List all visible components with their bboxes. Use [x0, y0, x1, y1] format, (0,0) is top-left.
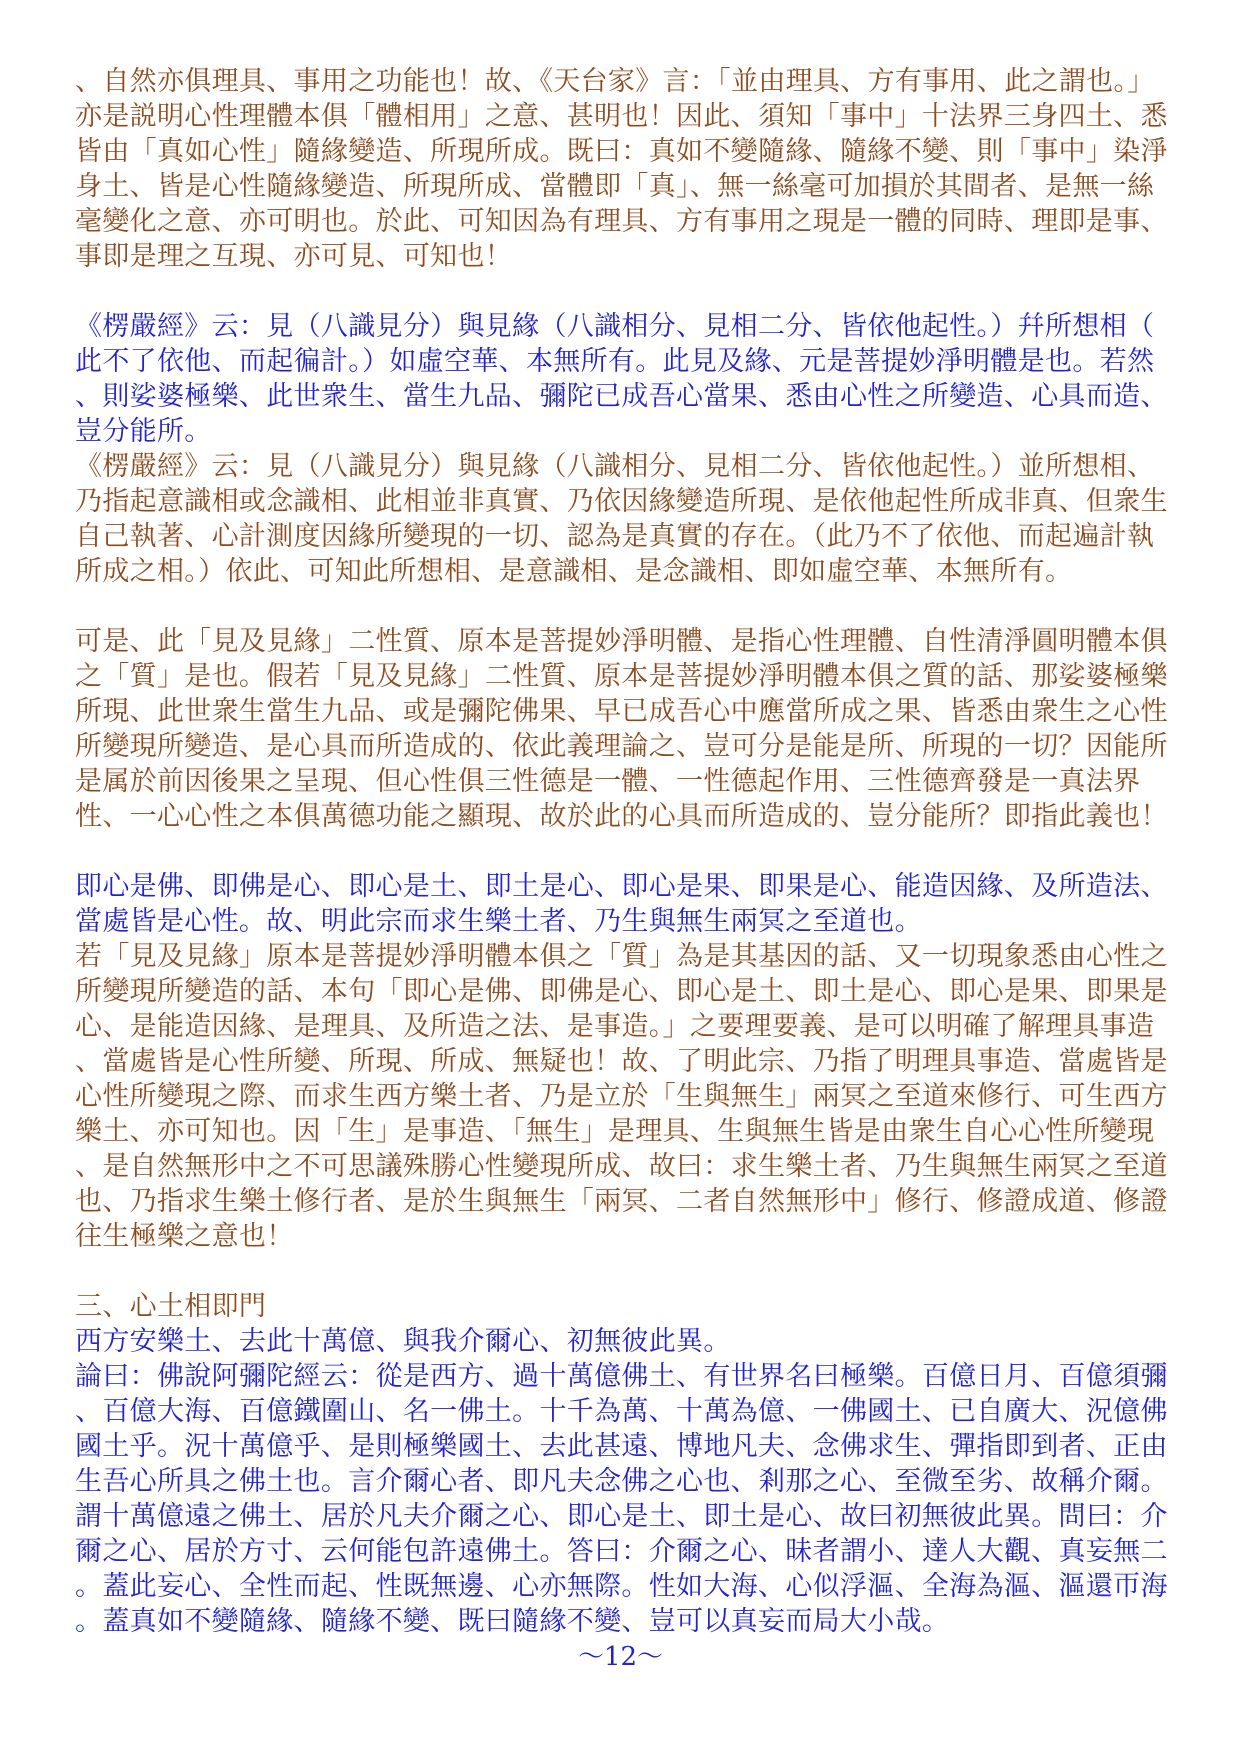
text-line: 所成之相。）依此、可知此所想相、是意識相、是念識相、即如虛空華、本無所有。 [75, 554, 1170, 589]
text-line: 之「質」是也。假若「見及見緣」二性質、原本是菩提妙淨明體本俱之質的話、那娑婆極樂 [75, 659, 1170, 694]
text-line: 所現、此世衆生當生九品、或是彌陀佛果、早已成吾心中應當所成之果、皆悉由衆生之心性 [75, 694, 1170, 729]
page-number: ～12～ [0, 1636, 1241, 1673]
text-line: 、百億大海、百億鐵圍山、名一佛土。十千為萬、十萬為億、一佛國土、已自廣大、況億佛 [75, 1394, 1170, 1429]
paragraph-xifang-anle-quote: 西方安樂土、去此十萬億、與我介爾心、初無彼此異。 [75, 1324, 1170, 1359]
text-line: 若「見及見緣」原本是菩提妙淨明體本俱之「質」為是其基因的話、又一切現象悉由心性之 [75, 939, 1170, 974]
paragraph-lengyanjing-commentary: 《楞嚴經》云：見（八識見分）與見緣（八識相分、見相二分、皆依他起性。）並所想相、… [75, 449, 1170, 589]
document-body: 、自然亦俱理具、事用之功能也！故、《天台家》言：「並由理具、方有事用、此之謂也。… [75, 64, 1170, 1639]
paragraph-jixinshifo-commentary: 若「見及見緣」原本是菩提妙淨明體本俱之「質」為是其基因的話、又一切現象悉由心性之… [75, 939, 1170, 1254]
text-line: 心、是能造因緣、是理具、及所造之法、是事造。」之要理要義、是可以明確了解理具事造 [75, 1009, 1170, 1044]
text-line: 當處皆是心性。故、明此宗而求生樂土者、乃生與無生兩冥之至道也。 [75, 904, 1170, 939]
text-line: 。蓋此妄心、全性而起、性既無邊、心亦無際。性如大海、心似浮漚、全海為漚、漚還帀海 [75, 1569, 1170, 1604]
text-line: 所變現所變造、是心具而所造成的、依此義理論之、豈可分是能是所、所現的一切？因能所 [75, 729, 1170, 764]
paragraph-jixinshifo-quote: 即心是佛、即佛是心、即心是土、即土是心、即心是果、即果是心、能造因緣、及所造法、… [75, 869, 1170, 939]
text-line: 往生極樂之意也！ [75, 1219, 1170, 1254]
text-line: 、則娑婆極樂、此世衆生、當生九品、彌陀已成吾心當果、悉由心性之所變造、心具而造、 [75, 379, 1170, 414]
text-line: 。蓋真如不變隨緣、隨緣不變、既曰隨緣不變、豈可以真妄而局大小哉。 [75, 1604, 1170, 1639]
paragraph-lengyanjing-quote: 《楞嚴經》云：見（八識見分）與見緣（八識相分、見相二分、皆依他起性。）幷所想相（… [75, 309, 1170, 449]
text-line: 身土、皆是心性隨緣變造、所現所成、當體即「真」、無一絲毫可加損於其間者、是無一絲 [75, 169, 1170, 204]
text-line: 此不了依他、而起徧計。）如虛空華、本無所有。此見及緣、元是菩提妙淨明體是也。若然 [75, 344, 1170, 379]
text-line: 《楞嚴經》云：見（八識見分）與見緣（八識相分、見相二分、皆依他起性。）並所想相、 [75, 449, 1170, 484]
text-line: 《楞嚴經》云：見（八識見分）與見緣（八識相分、見相二分、皆依他起性。）幷所想相（ [75, 309, 1170, 344]
paragraph-lunyue-amituo: 論曰：佛說阿彌陀經云：從是西方、過十萬億佛土、有世界名曰極樂。百億日月、百億須彌… [75, 1359, 1170, 1639]
text-line: 可是、此「見及見緣」二性質、原本是菩提妙淨明體、是指心性理體、自性清淨圓明體本俱 [75, 624, 1170, 659]
text-line: 自己執著、心計測度因緣所變現的一切、認為是真實的存在。（此乃不了依他、而起遍計執 [75, 519, 1170, 554]
text-line: 即心是佛、即佛是心、即心是土、即土是心、即心是果、即果是心、能造因緣、及所造法、 [75, 869, 1170, 904]
text-line: 是属於前因後果之呈現、但心性俱三性德是一體、一性德起作用、三性德齊發是一真法界 [75, 764, 1170, 799]
text-line: 、是自然無形中之不可思議殊勝心性變現所成、故曰：求生樂土者、乃生與無生兩冥之至道 [75, 1149, 1170, 1184]
text-line: 心性所變現之際、而求生西方樂土者、乃是立於「生與無生」兩冥之至道來修行、可生西方 [75, 1079, 1170, 1114]
text-line: 論曰：佛說阿彌陀經云：從是西方、過十萬億佛土、有世界名曰極樂。百億日月、百億須彌 [75, 1359, 1170, 1394]
document-page: 、自然亦俱理具、事用之功能也！故、《天台家》言：「並由理具、方有事用、此之謂也。… [0, 0, 1241, 1755]
text-line: 也、乃指求生樂土修行者、是於生與無生「兩冥、二者自然無形中」修行、修證成道、修證 [75, 1184, 1170, 1219]
text-line: 性、一心心性之本俱萬德功能之顯現、故於此的心具而所造成的、豈分能所？即指此義也！ [75, 799, 1170, 834]
text-line: 豈分能所。 [75, 414, 1170, 449]
text-line: 、自然亦俱理具、事用之功能也！故、《天台家》言：「並由理具、方有事用、此之謂也。… [75, 64, 1170, 99]
text-line: 西方安樂土、去此十萬億、與我介爾心、初無彼此異。 [75, 1324, 1170, 1359]
paragraph-litiju-shiyong: 、自然亦俱理具、事用之功能也！故、《天台家》言：「並由理具、方有事用、此之謂也。… [75, 64, 1170, 274]
text-line: 爾之心、居於方寸、云何能包許遠佛土。答曰：介爾之心、昧者謂小、達人大觀、真妄無二 [75, 1534, 1170, 1569]
text-line: 事即是理之互現、亦可見、可知也！ [75, 239, 1170, 274]
text-line: 、當處皆是心性所變、所現、所成、無疑也！故、了明此宗、乃指了明理具事造、當處皆是 [75, 1044, 1170, 1079]
text-line: 國土乎。況十萬億乎、是則極樂國土、去此甚遠、博地凡夫、念佛求生、彈指即到者、正由 [75, 1429, 1170, 1464]
text-line: 所變現所變造的話、本句「即心是佛、即佛是心、即心是土、即土是心、即心是果、即果是 [75, 974, 1170, 1009]
text-line: 三、心土相即門 [75, 1289, 1170, 1324]
text-line: 生吾心所具之佛土也。言介爾心者、即凡夫念佛之心也、剎那之心、至微至劣、故稱介爾。 [75, 1464, 1170, 1499]
text-line: 樂土、亦可知也。因「生」是事造、「無生」是理具、生與無生皆是由衆生自心心性所變現 [75, 1114, 1170, 1149]
text-line: 亦是説明心性理體本俱「體相用」之意、甚明也！因此、須知「事中」十法界三身四土、悉 [75, 99, 1170, 134]
section-heading-xintu-xiangji: 三、心土相即門 [75, 1289, 1170, 1324]
text-line: 乃指起意識相或念識相、此相並非真實、乃依因緣變造所現、是依他起性所成非真、但衆生 [75, 484, 1170, 519]
text-line: 謂十萬億遠之佛土、居於凡夫介爾之心、即心是土、即土是心、故曰初無彼此異。問曰：介 [75, 1499, 1170, 1534]
text-line: 皆由「真如心性」隨緣變造、所現所成。既曰：真如不變隨緣、隨緣不變、則「事中」染淨 [75, 134, 1170, 169]
paragraph-jianjijianyuan: 可是、此「見及見緣」二性質、原本是菩提妙淨明體、是指心性理體、自性清淨圓明體本俱… [75, 624, 1170, 834]
text-line: 毫變化之意、亦可明也。於此、可知因為有理具、方有事用之現是一體的同時、理即是事、 [75, 204, 1170, 239]
